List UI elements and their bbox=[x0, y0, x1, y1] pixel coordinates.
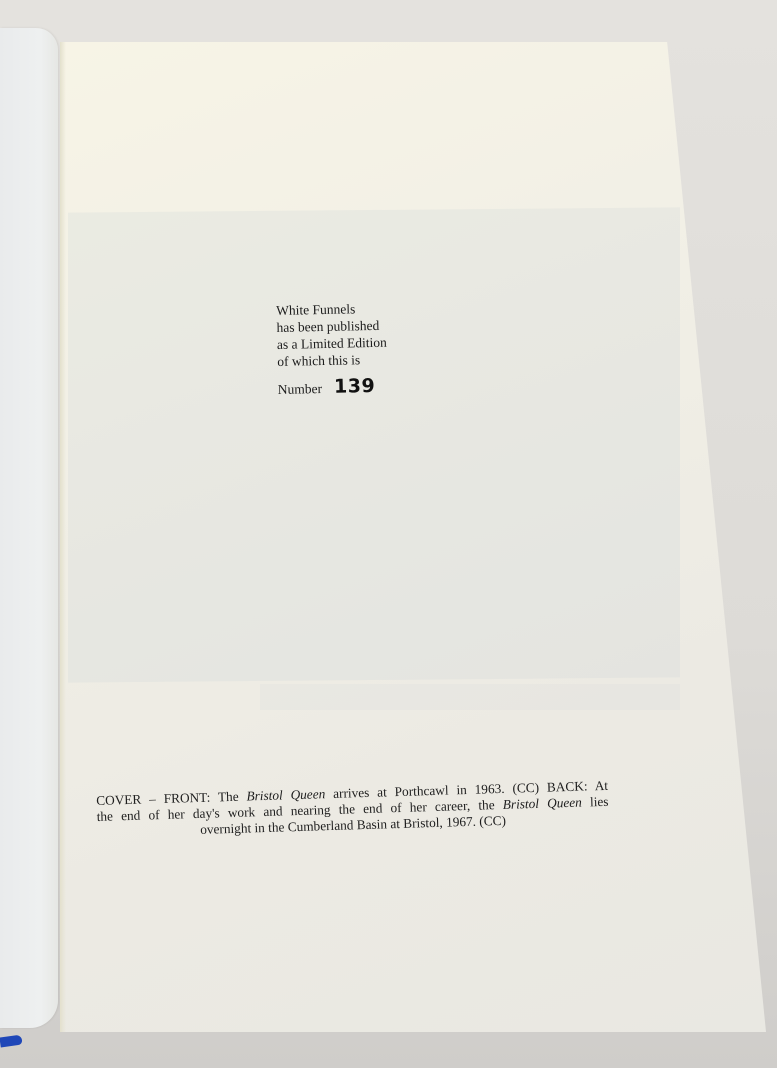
statement-line-3: as a Limited Edition bbox=[277, 334, 387, 353]
edition-number-label: Number bbox=[278, 380, 323, 398]
ship-name: Bristol Queen bbox=[246, 786, 325, 803]
limited-edition-statement: White Funnels has been published as a Li… bbox=[276, 300, 388, 398]
ship-name: Bristol Queen bbox=[503, 795, 583, 812]
edition-number-row: Number 139 bbox=[278, 378, 388, 398]
reverse-image-showthrough bbox=[68, 207, 680, 682]
statement-line-4: of which this is bbox=[277, 351, 387, 370]
reverse-caption-showthrough bbox=[260, 684, 680, 710]
left-facing-page-edge bbox=[0, 28, 58, 1028]
edition-number-handwritten: 139 bbox=[334, 378, 376, 396]
caption-text: lies bbox=[582, 794, 609, 810]
